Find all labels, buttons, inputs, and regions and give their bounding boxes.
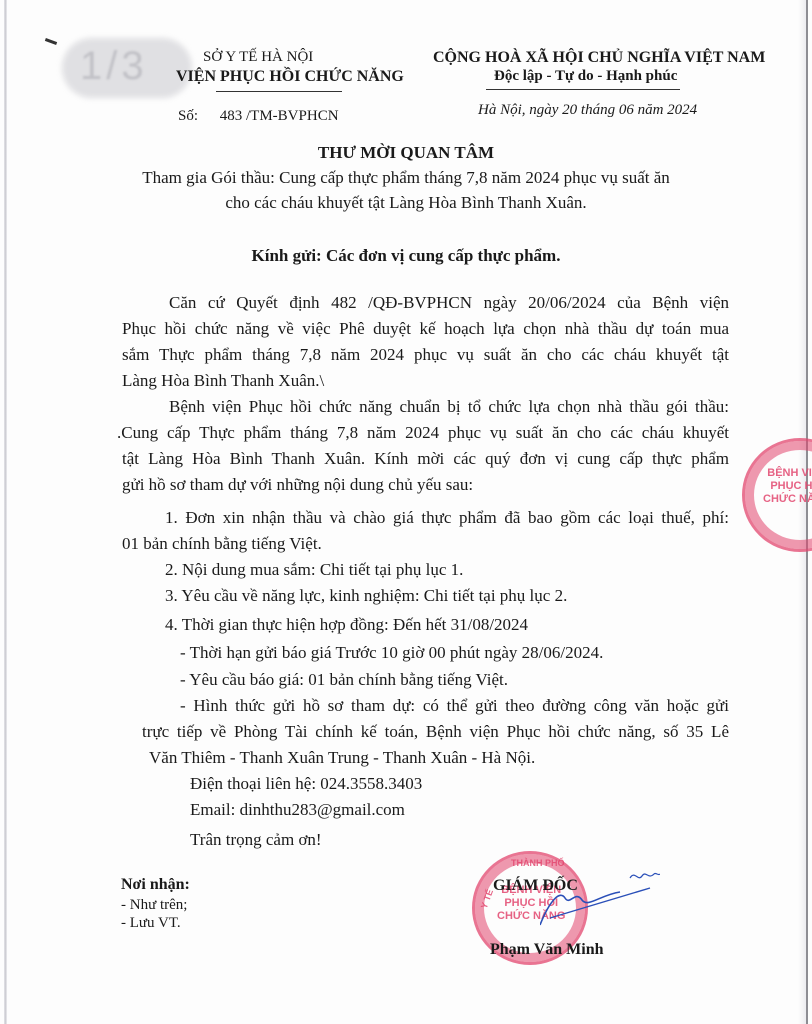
header-right-rule — [486, 89, 680, 90]
recipient-item: - Lưu VT. — [121, 915, 181, 932]
paragraph-line: gửi hồ sơ tham dự với những nội dung chủ… — [122, 472, 473, 498]
document-number: Số: 483 /TM-BVPHCN — [178, 108, 339, 125]
sub-list-item: - Thời hạn gửi báo giá Trước 10 giờ 00 p… — [180, 640, 603, 666]
paragraph-line: sắm Thực phẩm tháng 7,8 năm 2024 phục vụ… — [122, 342, 729, 368]
department-name: SỞ Y TẾ HÀ NỘI — [203, 49, 313, 66]
list-item-continuation: 01 bản chính bằng tiếng Việt. — [122, 531, 322, 557]
national-motto: Độc lập - Tự do - Hạnh phúc — [494, 68, 677, 85]
list-item: 2. Nội dung mua sắm: Chi tiết tại phụ lụ… — [165, 557, 463, 583]
sub-list-item-continuation: trực tiếp về Phòng Tài chính kế toán, Bệ… — [142, 719, 729, 745]
greeting: Kính gửi: Các đơn vị cung cấp thực phẩm. — [0, 246, 812, 266]
place-date: Hà Nội, ngày 20 tháng 06 năm 2024 — [478, 102, 697, 119]
stamp-text: BỆNH VIỆN PHỤC HỒI CHỨC NĂNG — [763, 467, 812, 506]
list-item: 4. Thời gian thực hiện hợp đồng: Đến hết… — [165, 612, 528, 638]
paragraph-line: .Cung cấp Thực phẩm tháng 7,8 năm 2024 p… — [117, 420, 729, 446]
paragraph-line: Làng Hòa Bình Thanh Xuân.\ — [122, 368, 324, 394]
document-subtitle-line1: Tham gia Gói thầu: Cung cấp thực phẩm th… — [0, 168, 812, 188]
document-number-value: 483 /TM-BVPHCN — [220, 108, 339, 124]
recipients-title: Nơi nhận: — [121, 876, 190, 894]
document-number-label: Số: — [178, 108, 198, 124]
paragraph-line: Bệnh viện Phục hồi chức năng chuẩn bị tổ… — [169, 394, 729, 420]
paragraph-line: tật Làng Hòa Bình Thanh Xuân. Kính mời c… — [122, 446, 729, 472]
contact-email: Email: dinhthu283@gmail.com — [190, 797, 405, 823]
stamp-arc-top: THÀNH PHỐ — [511, 858, 565, 868]
national-title: CỘNG HOÀ XÃ HỘI CHỦ NGHĨA VIỆT NAM — [433, 49, 765, 67]
signer-name: Phạm Văn Minh — [490, 941, 604, 959]
header-left-rule — [216, 91, 342, 92]
list-item: 1. Đơn xin nhận thầu và chào giá thực ph… — [165, 505, 729, 531]
paragraph-line: Căn cứ Quyết định 482 /QĐ-BVPHCN ngày 20… — [169, 290, 729, 316]
handwritten-signature — [540, 870, 660, 930]
page-indicator: 1/3 — [80, 44, 148, 89]
seal-stamp-partial: BỆNH VIỆN PHỤC HỒI CHỨC NĂNG — [742, 438, 812, 552]
sub-list-item: - Hình thức gửi hồ sơ tham dự: có thể gử… — [180, 693, 729, 719]
paragraph-line: Phục hồi chức năng về việc Phê duyệt kế … — [122, 316, 729, 342]
contact-phone: Điện thoại liên hệ: 024.3558.3403 — [190, 771, 422, 797]
list-item: 3. Yêu cầu về năng lực, kinh nghiệm: Chi… — [165, 583, 567, 609]
document-subtitle-line2: cho các cháu khuyết tật Làng Hòa Bình Th… — [0, 193, 812, 213]
document-page: 1/3 SỞ Y TẾ HÀ NỘI VIỆN PHỤC HỒI CHỨC NĂ… — [0, 0, 812, 1024]
stamp-line: PHỤC HỒI — [763, 480, 812, 493]
scan-mark — [45, 38, 57, 45]
stamp-line: BỆNH VIỆN — [763, 467, 812, 480]
stamp-line: CHỨC NĂNG — [763, 493, 812, 506]
organization-name: VIỆN PHỤC HỒI CHỨC NĂNG — [176, 68, 404, 86]
sub-list-item-continuation: Văn Thiêm - Thanh Xuân Trung - Thanh Xuâ… — [149, 745, 535, 771]
recipient-item: - Như trên; — [121, 897, 187, 914]
sub-list-item: - Yêu cầu báo giá: 01 bản chính bằng tiế… — [180, 667, 508, 693]
closing-text: Trân trọng cảm ơn! — [190, 827, 322, 853]
document-title: THƯ MỜI QUAN TÂM — [0, 143, 812, 163]
